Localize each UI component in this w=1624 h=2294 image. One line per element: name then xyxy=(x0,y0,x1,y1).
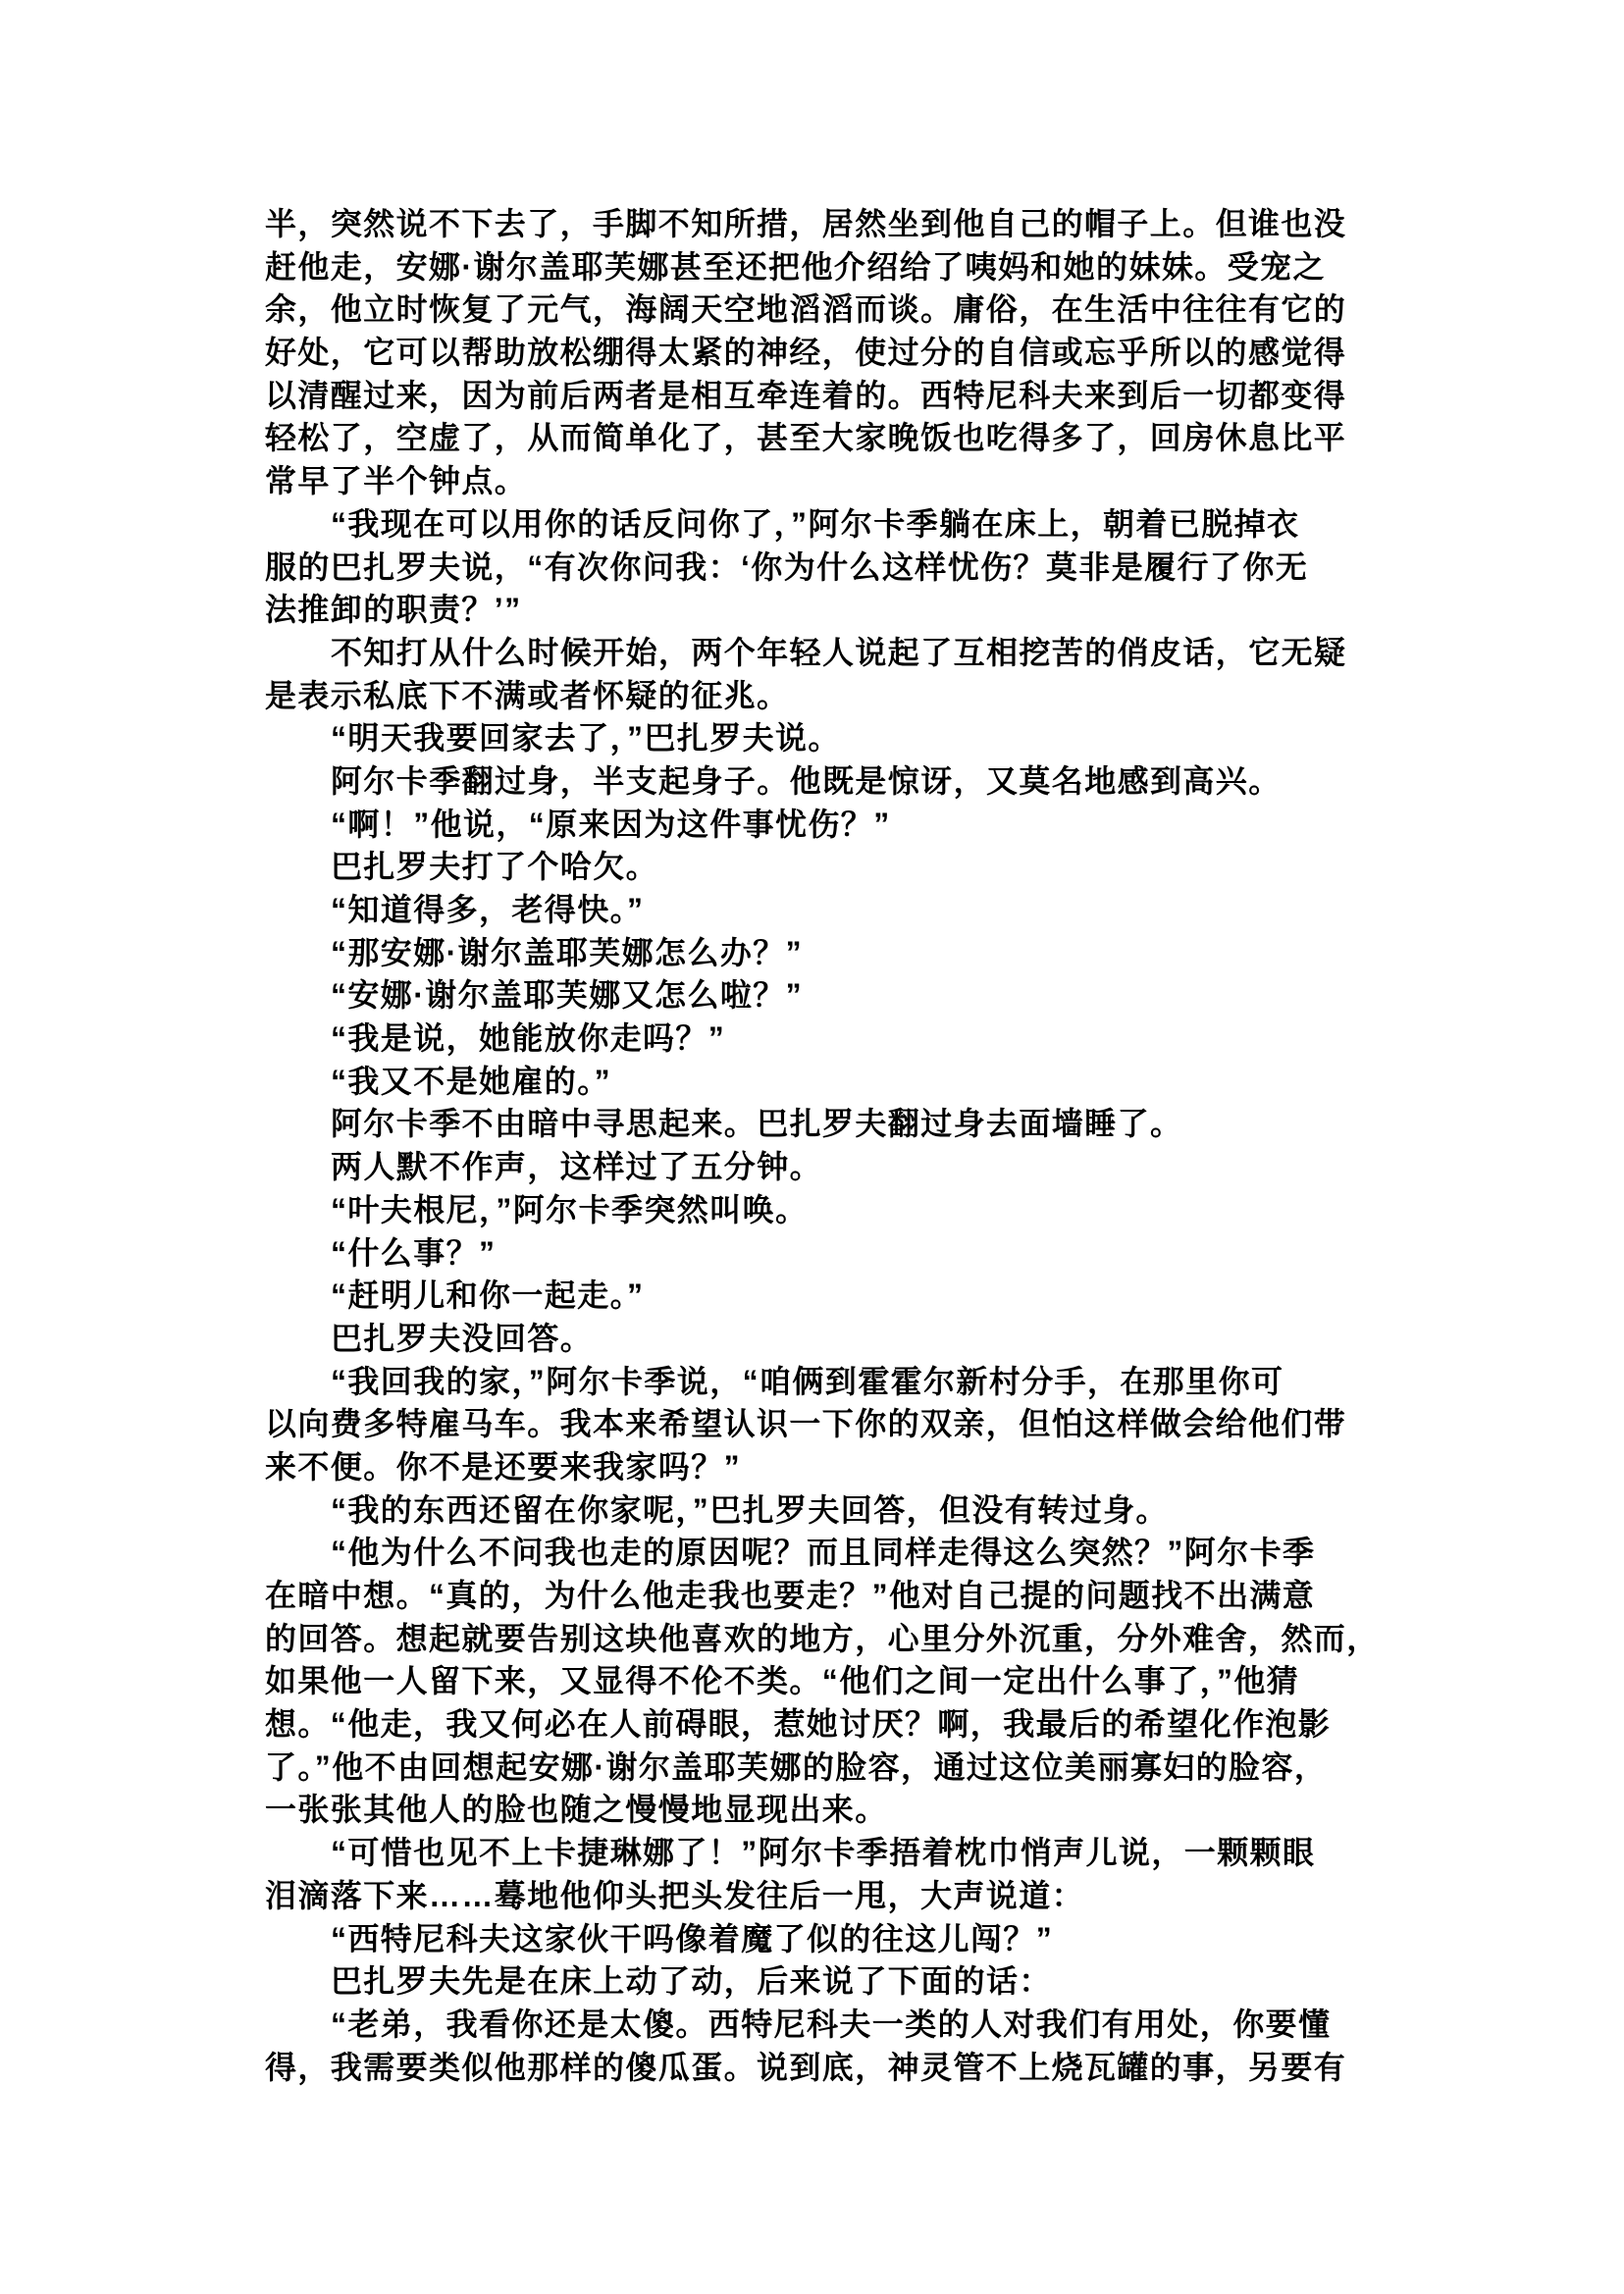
text-line: “什么事？” xyxy=(265,1232,1369,1276)
text-line: 半，突然说不下去了，手脚不知所措，居然坐到他自己的帽子上。但谁也没 xyxy=(265,203,1369,246)
text-line: 服的巴扎罗夫说，“有次你问我：‘你为什么这样忧伤？莫非是履行了你无 xyxy=(265,547,1369,590)
text-line: 法推卸的职责？’” xyxy=(265,589,1369,632)
text-line: 巴扎罗夫打了个哈欠。 xyxy=(265,846,1369,889)
text-line: 一张张其他人的脸也随之慢慢地显现出来。 xyxy=(265,1789,1369,1832)
text-line: “老弟，我看你还是太傻。西特尼科夫一类的人对我们有用处，你要懂 xyxy=(265,2004,1369,2047)
text-line: 在暗中想。“真的，为什么他走我也要走？”他对自己提的问题找不出满意 xyxy=(265,1575,1369,1618)
text-line: 两人默不作声，这样过了五分钟。 xyxy=(265,1146,1369,1189)
text-line: “安娜·谢尔盖耶芙娜又怎么啦？” xyxy=(265,974,1369,1017)
text-line: “我的东西还留在你家呢，”巴扎罗夫回答，但没有转过身。 xyxy=(265,1489,1369,1533)
text-line: “西特尼科夫这家伙干吗像着魔了似的往这儿闯？” xyxy=(265,1918,1369,1961)
text-line: 得，我需要类似他那样的傻瓜蛋。说到底，神灵管不上烧瓦罐的事，另要有 xyxy=(265,2047,1369,2090)
text-line: “赶明儿和你一起走。” xyxy=(265,1275,1369,1318)
text-line: “知道得多，老得快。” xyxy=(265,889,1369,932)
text-line: 以向费多特雇马车。我本来希望认识一下你的双亲，但怕这样做会给他们带 xyxy=(265,1403,1369,1446)
text-line: 好处，它可以帮助放松绷得太紧的神经，使过分的自信或忘乎所以的感觉得 xyxy=(265,332,1369,375)
text-line: 如果他一人留下来，又显得不伦不类。“他们之间一定出什么事了，”他猜 xyxy=(265,1660,1369,1703)
text-line: 不知打从什么时候开始，两个年轻人说起了互相挖苦的俏皮话，它无疑 xyxy=(265,632,1369,675)
text-line: 的回答。想起就要告别这块他喜欢的地方，心里分外沉重，分外难舍，然而， xyxy=(265,1618,1369,1661)
text-line: “我回我的家，”阿尔卡季说，“咱俩到霍霍尔新村分手，在那里你可 xyxy=(265,1361,1369,1404)
text-line: “我是说，她能放你走吗？” xyxy=(265,1017,1369,1061)
text-line: 以清醒过来，因为前后两者是相互牵连着的。西特尼科夫来到后一切都变得 xyxy=(265,375,1369,418)
text-line: 阿尔卡季翻过身，半支起身子。他既是惊讶，又莫名地感到高兴。 xyxy=(265,760,1369,804)
text-line: 了。”他不由回想起安娜·谢尔盖耶芙娜的脸容，通过这位美丽寡妇的脸容， xyxy=(265,1747,1369,1790)
text-line: 余，他立时恢复了元气，海阔天空地滔滔而谈。庸俗，在生活中往往有它的 xyxy=(265,288,1369,332)
text-line: “他为什么不问我也走的原因呢？而且同样走得这么突然？”阿尔卡季 xyxy=(265,1532,1369,1575)
text-line: “叶夫根尼，”阿尔卡季突然叫唤。 xyxy=(265,1189,1369,1232)
text-line: “明天我要回家去了，”巴扎罗夫说。 xyxy=(265,717,1369,760)
text-line: 是表示私底下不满或者怀疑的征兆。 xyxy=(265,675,1369,718)
document-page: 半，突然说不下去了，手脚不知所措，居然坐到他自己的帽子上。但谁也没赶他走，安娜·… xyxy=(0,0,1624,2294)
text-line: 巴扎罗夫没回答。 xyxy=(265,1318,1369,1361)
text-line: 轻松了，空虚了，从而简单化了，甚至大家晚饭也吃得多了，回房休息比平 xyxy=(265,417,1369,460)
text-line: “我现在可以用你的话反问你了，”阿尔卡季躺在床上，朝着已脱掉衣 xyxy=(265,503,1369,547)
text-line: 来不便。你不是还要来我家吗？” xyxy=(265,1446,1369,1489)
text-line: 常早了半个钟点。 xyxy=(265,460,1369,503)
text-line: 巴扎罗夫先是在床上动了动，后来说了下面的话： xyxy=(265,1960,1369,2004)
text-line: “可惜也见不上卡捷琳娜了！”阿尔卡季捂着枕巾悄声儿说，一颗颗眼 xyxy=(265,1832,1369,1875)
text-line: 阿尔卡季不由暗中寻思起来。巴扎罗夫翻过身去面墙睡了。 xyxy=(265,1103,1369,1146)
text-line: 想。“他走，我又何必在人前碍眼，惹她讨厌？啊，我最后的希望化作泡影 xyxy=(265,1703,1369,1747)
text-line: “那安娜·谢尔盖耶芙娜怎么办？” xyxy=(265,932,1369,975)
text-line: “我又不是她雇的。” xyxy=(265,1061,1369,1104)
text-line: 赶他走，安娜·谢尔盖耶芙娜甚至还把他介绍给了咦妈和她的妹妹。受宠之 xyxy=(265,246,1369,289)
text-line: “啊！”他说，“原来因为这件事忧伤？” xyxy=(265,804,1369,847)
text-line: 泪滴落下来……蓦地他仰头把头发往后一甩，大声说道： xyxy=(265,1875,1369,1918)
page-text: 半，突然说不下去了，手脚不知所措，居然坐到他自己的帽子上。但谁也没赶他走，安娜·… xyxy=(265,203,1369,2089)
